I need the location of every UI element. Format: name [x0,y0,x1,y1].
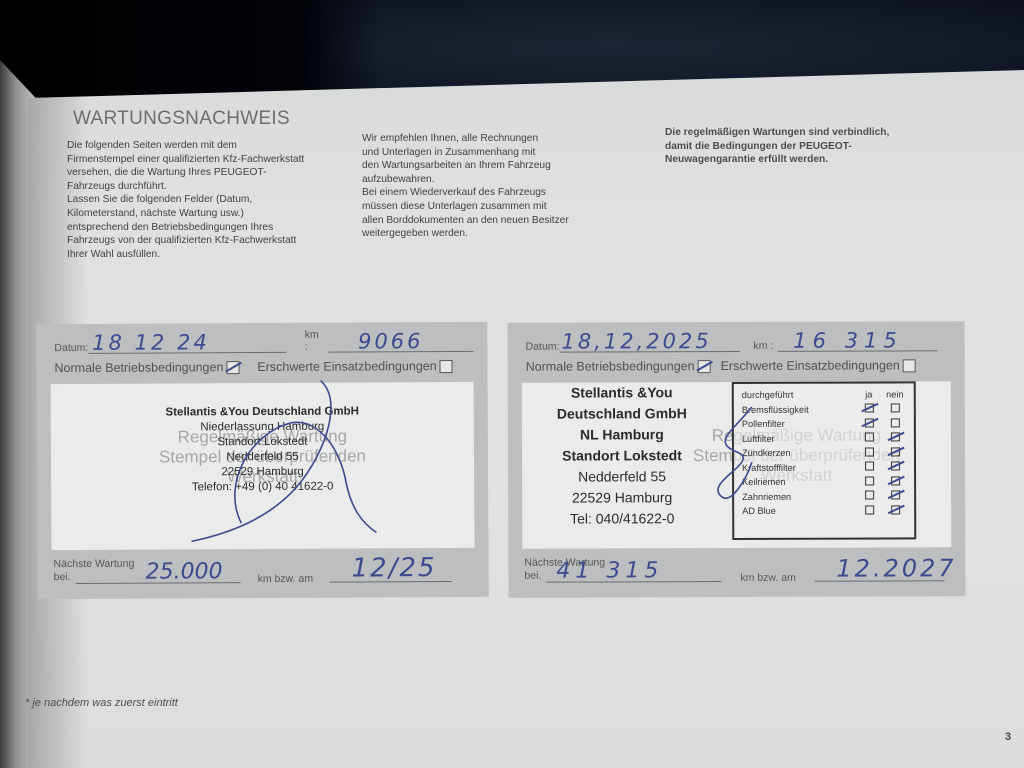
next-service-label-bei: bei. [524,570,541,582]
km-label: km : [305,329,324,353]
stamp-phone: Telefon: +49 (0) 40 41622-0 [51,479,474,496]
next-service-date-value: 12/25 [351,553,436,583]
workshop-stamp-area: Regelmäßige Wartung Stempel der überprüf… [522,381,952,548]
intro-line: Firmenstempel einer qualifizierten Kfz-F… [67,153,357,167]
page-number: 3 [1005,731,1011,743]
checklist-item-label: Bremsflüssigkeit [742,404,856,414]
stamp-company: Stellantis &You [522,382,722,404]
intro-line: entsprechend den Betriebsbedingungen Ihr… [67,221,357,235]
workshop-stamp: Stellantis &You Deutschland GmbH NL Hamb… [522,382,723,530]
conditions-row: Normale Betriebsbedingungen Erschwerte E… [526,355,951,376]
date-label: Datum: [526,341,560,353]
checklist-item: AD Blue [742,503,908,518]
checklist-item: Keilriemen [742,474,908,489]
severe-conditions-label: Erschwerte Einsatzbedingungen [257,359,436,374]
km-field[interactable]: 9066 [328,338,473,353]
checklist-item-label: Kraftstofffilter [742,462,856,472]
intro-line: Kilometerstand, nächste Wartung usw.) [67,207,357,221]
date-label: Datum: [54,342,88,354]
checklist-no-checkbox[interactable] [890,447,899,456]
date-value: 18 12 24 [92,330,210,355]
severe-conditions-checkbox[interactable] [903,359,916,372]
stamp-city: 22529 Hamburg [522,487,722,509]
next-service-km-value: 25.000 [146,559,223,584]
stamp-location: Standort Lokstedt [522,445,722,467]
stamp-branch: NL Hamburg [522,424,722,446]
intro-line: damit die Bedingungen der PEUGEOT- [665,140,985,154]
normal-conditions-checkbox[interactable] [226,361,239,374]
checklist-yes-checkbox[interactable] [865,462,874,471]
checklist-no-checkbox[interactable] [891,476,900,485]
checklist-yes-checkbox[interactable] [865,491,874,500]
stamp-street: Nedderfeld 55 [522,466,722,488]
intro-column-2: Wir empfehlen Ihnen, alle Rechnungen und… [362,132,622,241]
intro-line: aufzubewahren. [362,173,622,187]
next-service-date-field[interactable]: 12.2027 [814,567,944,581]
km-or-on-label: km bzw. am [258,573,313,585]
date-km-row: Datum: 18,12,2025 km : 16 315 [526,329,951,352]
intro-column-1: Die folgenden Seiten werden mit dem Firm… [67,139,357,261]
next-service-row: Nächste Wartung bei. 41 315 km bzw. am 1… [522,551,951,592]
next-service-row: Nächste Wartung bei. 25.000 km bzw. am 1… [51,552,474,594]
checklist-no-checkbox[interactable] [890,433,899,442]
background-shadow [0,0,380,100]
checklist-yes-checkbox[interactable] [865,505,874,514]
intro-line: den Wartungsarbeiten an Ihrem Fahrzeug [362,159,622,173]
checklist-yes-checkbox[interactable] [865,476,874,485]
severe-conditions-checkbox[interactable] [440,360,453,373]
intro-column-3: Die regelmäßigen Wartungen sind verbindl… [665,126,985,167]
intro-line: Bei einem Wiederverkauf des Fahrzeugs [362,186,622,200]
checklist-item-label: Zahnriemen [742,491,856,501]
normal-conditions-checkbox[interactable] [698,360,711,373]
intro-line: und Unterlagen in Zusammenhang mit [362,146,622,160]
checklist-item: Zahnriemen [742,489,908,504]
km-value: 16 315 [793,328,903,352]
checklist-item-label: Zündkerzen [742,448,856,458]
checklist-item-label: Pollenfilter [742,419,856,429]
workshop-stamp-area: Regelmäßige Wartung Stempel der überprüf… [51,382,475,550]
checklist-item: Bremsflüssigkeit [742,402,908,417]
km-label: km : [753,340,773,352]
service-checklist: durchgeführt ja nein BremsflüssigkeitPol… [732,381,917,540]
intro-line: Neuwagengarantie erfüllt werden. [665,153,985,167]
date-field[interactable]: 18 12 24 [88,339,287,354]
stamp-company-2: Deutschland GmbH [522,403,722,425]
conditions-row: Normale Betriebsbedingungen Erschwerte E… [54,356,473,378]
footnote: * je nachdem was zuerst eintritt [25,697,178,709]
checklist-item-label: Luftfilter [742,433,856,443]
checklist-yes-checkbox[interactable] [864,404,873,413]
checklist-item: Kraftstofffilter [742,460,908,475]
km-or-on-label: km bzw. am [740,572,795,584]
checklist-no-checkbox[interactable] [891,505,900,514]
checklist-yes-checkbox[interactable] [864,418,873,427]
intro-line: allen Borddokumenten an den neuen Besitz… [362,214,622,228]
next-service-date-value: 12.2027 [836,554,956,582]
next-service-km-field[interactable]: 41 315 [546,568,721,583]
checklist-no-checkbox[interactable] [890,418,899,427]
next-service-date-field[interactable]: 12/25 [330,568,452,583]
checklist-yes-checkbox[interactable] [864,433,873,442]
checklist-no-checkbox[interactable] [891,491,900,500]
intro-line: Ihrer Wahl ausfüllen. [67,248,357,262]
checklist-no-checkbox[interactable] [891,462,900,471]
intro-line: Lassen Sie die folgenden Felder (Datum, [67,193,357,207]
km-field[interactable]: 16 315 [777,337,937,352]
checklist-no-checkbox[interactable] [890,404,899,413]
date-field[interactable]: 18,12,2025 [559,338,739,353]
service-entry-1: Datum: 18 12 24 km : 9066 Normale Betrie… [36,322,488,599]
intro-line: versehen, die die Wartung Ihres PEUGEOT- [67,166,357,180]
km-value: 9066 [358,329,424,353]
date-value: 18,12,2025 [561,329,711,354]
normal-conditions-label: Normale Betriebsbedingungen [54,360,223,375]
service-entry-2: Datum: 18,12,2025 km : 16 315 Normale Be… [508,321,966,598]
document-title: WARTUNGSNACHWEIS [73,108,290,130]
intro-line: weitergegeben werden. [362,227,622,241]
workshop-stamp: Stellantis &You Deutschland GmbH Niederl… [51,404,474,496]
stamp-phone: Tel: 040/41622-0 [522,508,722,530]
checklist-item-label: AD Blue [742,506,856,516]
checklist-item: Luftfilter [742,431,908,446]
intro-line: Fahrzeugs durchführt. [67,180,357,194]
next-service-label-bei: bei. [54,571,71,583]
normal-conditions-label: Normale Betriebsbedingungen [526,359,695,374]
date-km-row: Datum: 18 12 24 km : 9066 [54,330,473,354]
intro-line: Die regelmäßigen Wartungen sind verbindl… [665,126,985,140]
intro-line: Fahrzeugs von der qualifizierten Kfz-Fac… [67,234,357,248]
checklist-yes-checkbox[interactable] [864,447,873,456]
intro-line: Die folgenden Seiten werden mit dem [67,139,357,153]
checklist-item: Pollenfilter [742,416,908,431]
intro-line: Wir empfehlen Ihnen, alle Rechnungen [362,132,622,146]
next-service-km-value: 41 315 [556,558,663,583]
intro-line: müssen diese Unterlagen zusammen mit [362,200,622,214]
next-service-label: Nächste Wartung [54,558,135,570]
checklist-item-label: Keilriemen [742,477,856,487]
checklist-item: Zündkerzen [742,445,908,460]
next-service-km-field[interactable]: 25.000 [76,569,241,584]
checklist-header: durchgeführt ja nein [742,387,908,402]
severe-conditions-label: Erschwerte Einsatzbedingungen [721,358,900,373]
